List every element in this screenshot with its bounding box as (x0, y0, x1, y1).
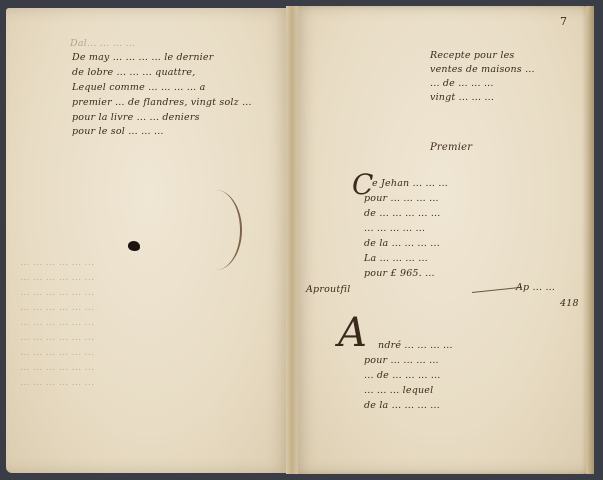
decorated-initial: A (338, 310, 367, 356)
book-gutter (286, 6, 298, 474)
left-entry-line: Lequel comme ... ... ... ... a (72, 80, 206, 96)
entry-line: pour ... ... ... ... (364, 191, 439, 207)
ink-blot (128, 241, 140, 251)
left-entry-line: De may ... ... ... ... le dernier (72, 50, 213, 66)
bleed-line: ... ... ... ... ... ... (20, 330, 94, 346)
entry-line: La ... ... ... ... (364, 251, 428, 267)
entry-line: ndré ... ... ... ... (378, 338, 453, 354)
entry-line: pour ... ... ... ... (364, 353, 439, 369)
entry-line: ... ... ... lequel (364, 383, 433, 399)
bleed-line: ... ... ... ... ... ... (20, 375, 94, 391)
entry-line: de la ... ... ... ... (364, 236, 440, 252)
header-note-line: vingt ... ... ... (430, 90, 494, 106)
bleed-line: ... ... ... ... ... ... (20, 345, 94, 361)
bleed-line: ... ... ... ... ... ... (20, 300, 94, 316)
entry-line: e Jehan ... ... ... (372, 176, 448, 192)
section-heading: Premier (430, 140, 472, 156)
left-entry-line: pour le sol ... ... ... (72, 124, 164, 140)
bleed-line: ... ... ... ... ... ... (20, 270, 94, 286)
manuscript-scan: Dal... ... ... ... De may ... ... ... ..… (0, 0, 603, 480)
left-entry-line: premier ... de flandres, vingt solz ... (72, 95, 252, 111)
left-entry-line: de lobre ... ... ... quattre, (72, 65, 195, 81)
entry-line: de ... ... ... ... ... (364, 206, 441, 222)
bleed-line: ... ... ... ... ... ... (20, 315, 94, 331)
entry-line: pour £ 965. ... (364, 266, 435, 282)
bleed-through-flourish (190, 190, 242, 270)
entry-line: ... de ... ... ... ... (364, 368, 441, 384)
entry-line: ... ... ... ... ... (364, 221, 425, 237)
margin-note-right: Ap ... ... (516, 280, 555, 296)
page-edge (586, 6, 594, 474)
margin-note-left: Aproutfil (306, 282, 351, 298)
folio-number: 7 (560, 14, 567, 30)
entry-line: de la ... ... ... ... (364, 398, 440, 414)
margin-note-right-sub: 418 (560, 296, 579, 312)
bleed-line: ... ... ... ... ... ... (20, 285, 94, 301)
bleed-line: ... ... ... ... ... ... (20, 360, 94, 376)
bleed-line: ... ... ... ... ... ... (20, 255, 94, 271)
